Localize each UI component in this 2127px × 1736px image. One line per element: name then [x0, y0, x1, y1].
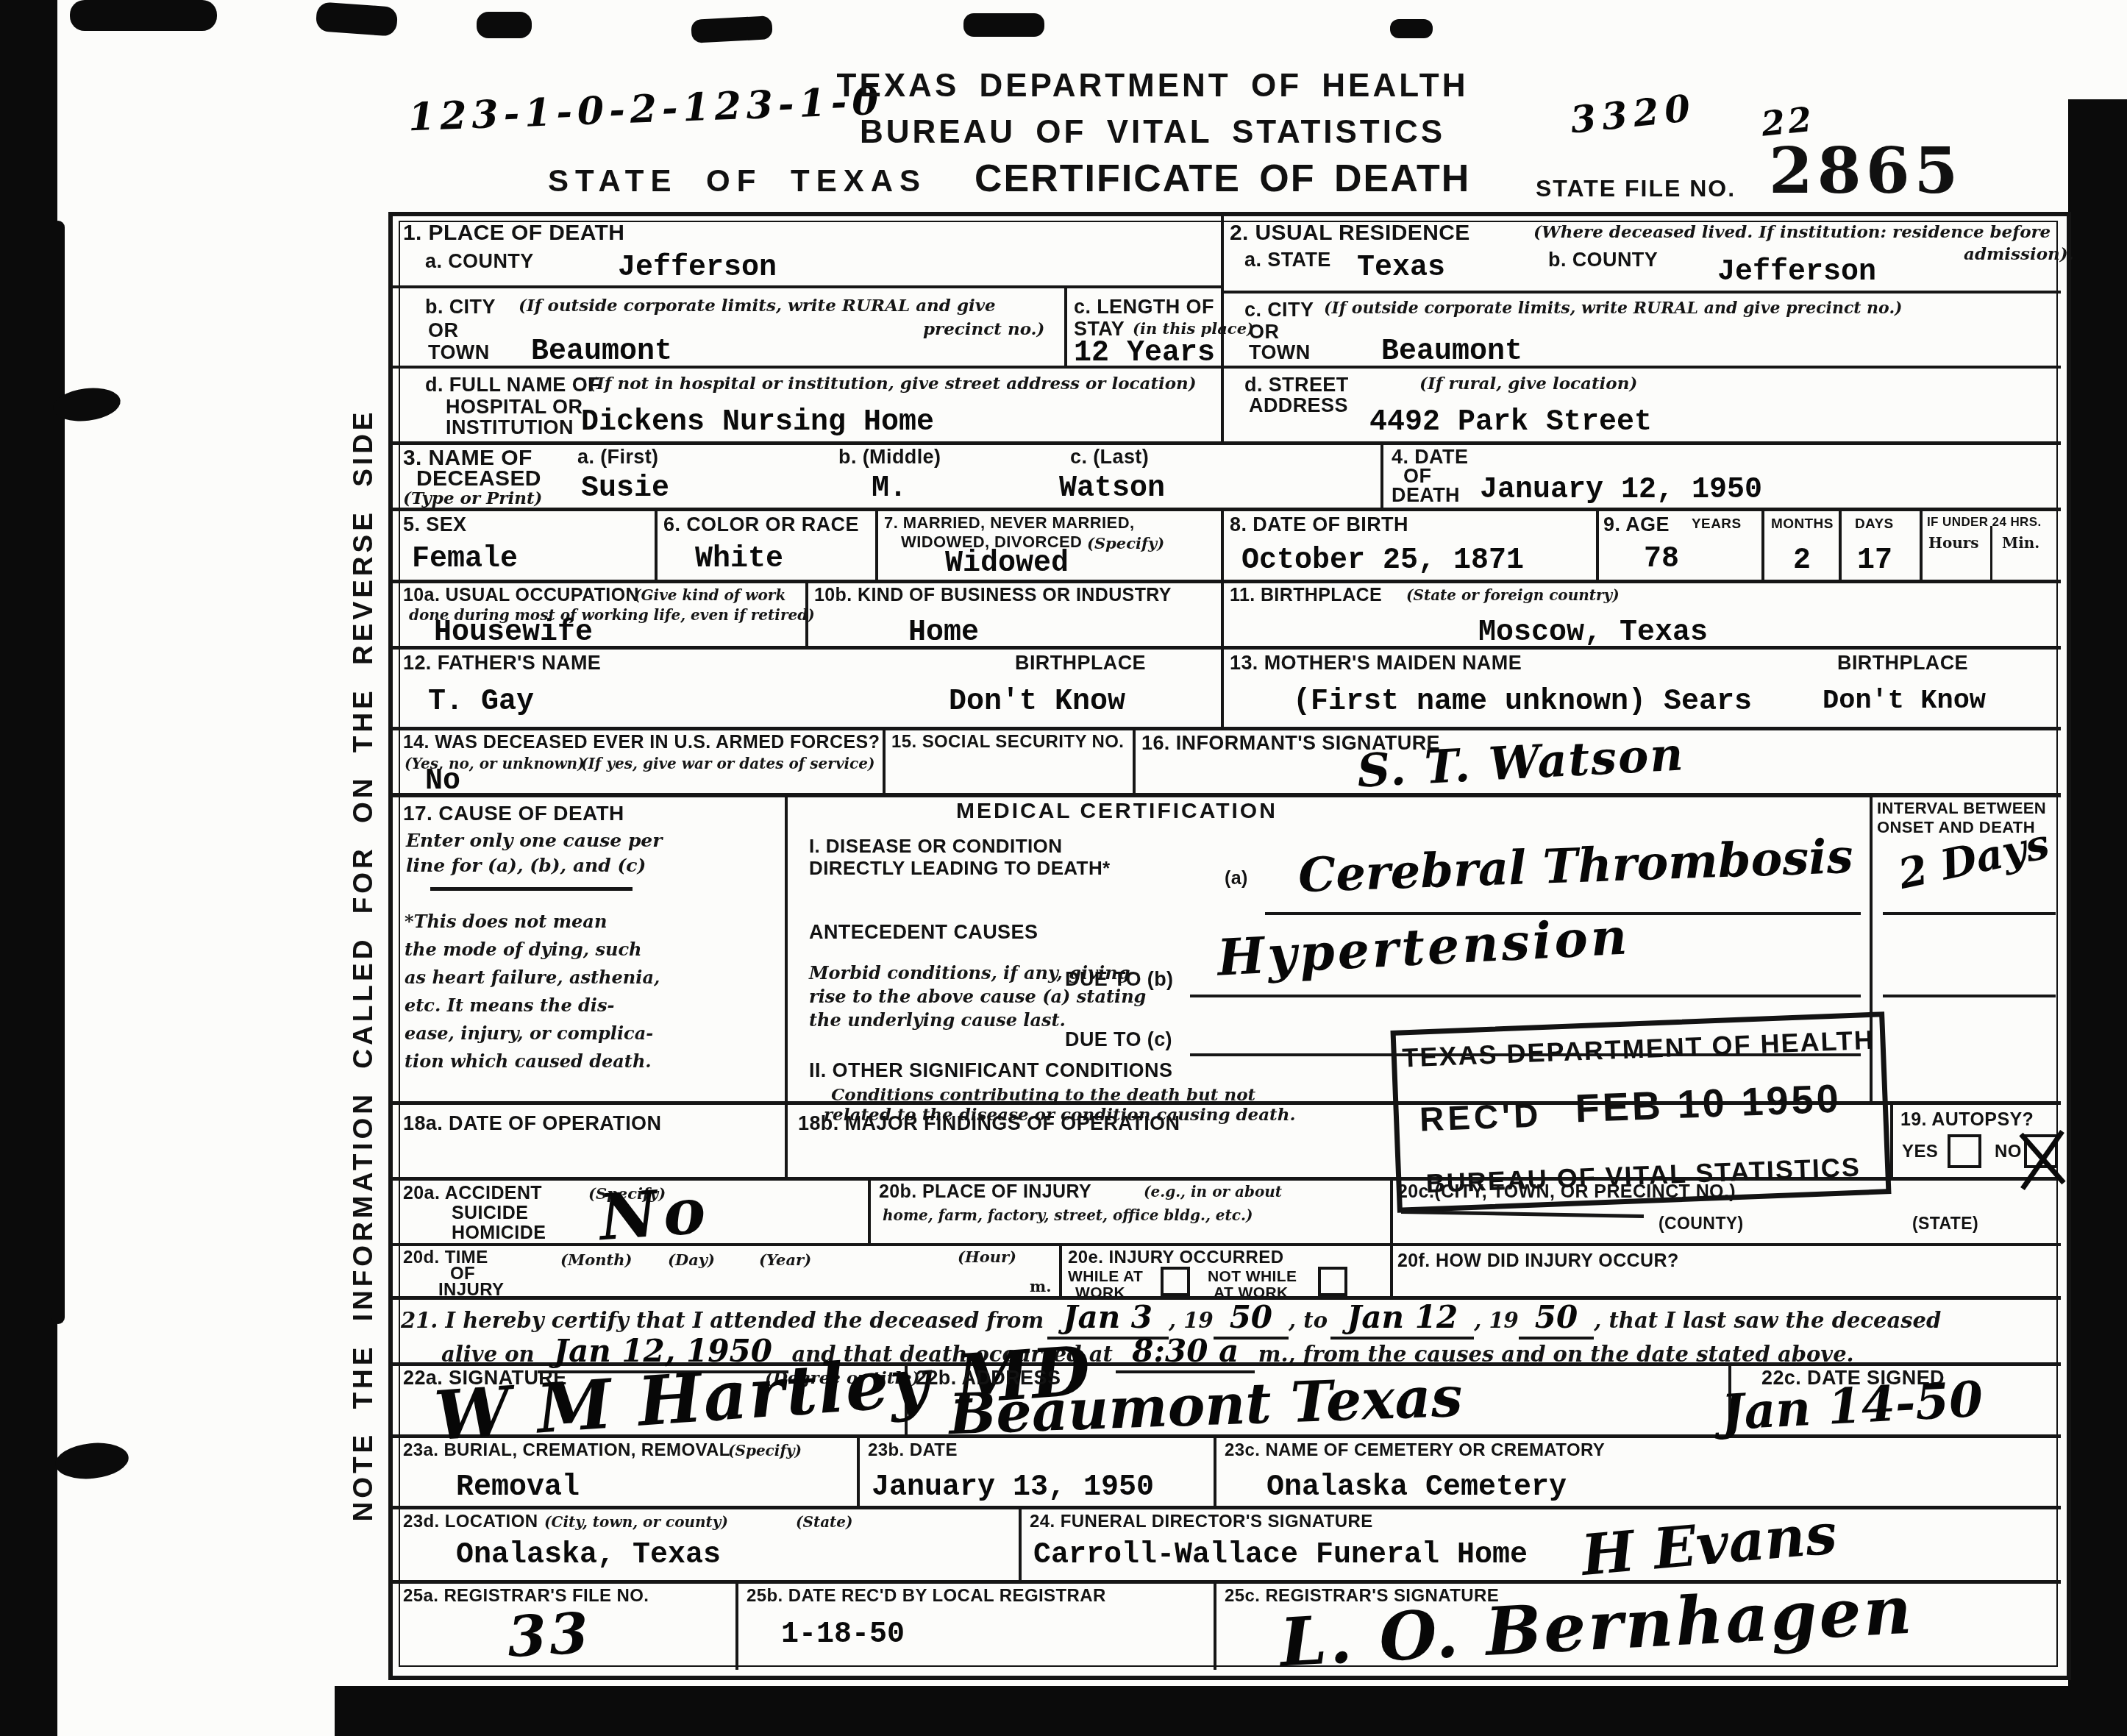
- certify-text: , 19: [1169, 1308, 1214, 1333]
- s2-street-label1: d. STREET: [1244, 374, 1349, 396]
- s1-county-value: Jefferson: [618, 252, 777, 285]
- s4-label3: DEATH: [1392, 484, 1460, 507]
- s20e-label: 20e. INJURY OCCURRED: [1068, 1248, 1283, 1268]
- header-bureau: BUREAU OF VITAL STATISTICS: [781, 114, 1524, 151]
- grid-line: [1990, 526, 1992, 580]
- grid-line: [391, 285, 1221, 288]
- s10a-note1: (Give kind of work: [634, 586, 785, 604]
- s20c-state-label: (STATE): [1912, 1214, 1978, 1234]
- s2-street-value: 4492 Park Street: [1369, 406, 1652, 439]
- scan-left-edge-rough: [51, 221, 65, 1324]
- s24-label: 24. FUNERAL DIRECTOR'S SIGNATURE: [1030, 1512, 1373, 1532]
- s13-birthplace-label: BIRTHPLACE: [1837, 652, 1968, 675]
- s18a-label: 18a. DATE OF OPERATION: [403, 1112, 661, 1135]
- s20d-label3: INJURY: [438, 1280, 505, 1301]
- grid-line: [1380, 441, 1383, 508]
- grid-line: [1596, 508, 1599, 580]
- s23a-note: (Specify): [728, 1442, 802, 1459]
- handwritten-number-1: 3320: [1568, 85, 1697, 142]
- grid-line: [391, 580, 2061, 583]
- death-certificate-scan: NOTE THE INFORMATION CALLED FOR ON THE R…: [0, 0, 2127, 1736]
- s6-label: 6. COLOR OR RACE: [663, 513, 859, 536]
- s9-under24-label: IF UNDER 24 HRS.: [1927, 515, 2042, 530]
- grid-line: [391, 727, 2061, 730]
- s2-state-label: a. STATE: [1244, 249, 1331, 271]
- s23c-value: Onalaska Cemetery: [1266, 1471, 1567, 1504]
- grid-line: [1761, 508, 1764, 580]
- s20a-label2: SUICIDE: [452, 1203, 528, 1224]
- s1-city-or: OR: [428, 319, 458, 342]
- scan-smudge: [1390, 19, 1433, 38]
- grid-line: [857, 1434, 860, 1506]
- s20e-notwhile1: NOT WHILE: [1208, 1268, 1297, 1286]
- grid-line: [391, 646, 2061, 650]
- s7-label1: 7. MARRIED, NEVER MARRIED,: [884, 513, 1134, 533]
- s17-note1b: line for (a), (b), and (c): [406, 855, 646, 876]
- s13-label: 13. MOTHER'S MAIDEN NAME: [1230, 652, 1522, 675]
- s23b-label: 23b. DATE: [868, 1440, 958, 1461]
- state-file-no-label: STATE FILE NO.: [1536, 175, 1736, 202]
- s20b-note2: home, farm, factory, street, office bldg…: [883, 1206, 1253, 1224]
- stamp-line1: TEXAS DEPARTMENT OF HEALTH: [1396, 1024, 1881, 1073]
- s1-institution-label3: INSTITUTION: [446, 416, 574, 439]
- s3-last-label: c. (Last): [1070, 446, 1149, 469]
- grid-line: [883, 727, 886, 793]
- s5-label: 5. SEX: [403, 513, 466, 536]
- s2-street-label2: ADDRESS: [1249, 394, 1348, 417]
- s9-min-label: Min.: [2002, 534, 2039, 552]
- med-b-line: [1190, 995, 1861, 997]
- med-i-label2: DIRECTLY LEADING TO DEATH*: [809, 857, 1111, 880]
- s17-note2e: ease, injury, or complica-: [405, 1022, 653, 1044]
- s7-note: (Specify): [1087, 534, 1164, 552]
- grid-line: [1390, 1177, 1393, 1243]
- s23b-value: January 13, 1950: [872, 1471, 1154, 1504]
- med-interval-line1: [1883, 912, 2056, 915]
- s13-birthplace-value: Don't Know: [1823, 686, 1986, 716]
- s2-title-note2: admission).: [1964, 244, 2074, 264]
- not-while-at-work-checkbox[interactable]: [1318, 1267, 1347, 1296]
- s20d-hour: (Hour): [958, 1248, 1016, 1266]
- s12-value: T. Gay: [428, 686, 534, 719]
- grid-line: [868, 1177, 871, 1243]
- s2-city-town: TOWN: [1249, 341, 1311, 364]
- certify-text: , to: [1289, 1308, 1328, 1333]
- s1-institution-note: (If not in hospital or institution, give…: [588, 374, 1197, 394]
- s20c-county-label: (COUNTY): [1659, 1214, 1744, 1234]
- s17-label: 17. CAUSE OF DEATH: [403, 802, 624, 825]
- certify-text: alive on: [441, 1342, 535, 1367]
- s25a-value: 33: [506, 1600, 593, 1670]
- s12-birthplace-value: Don't Know: [949, 686, 1125, 719]
- med-ii-note1: Conditions contributing to the death but…: [831, 1085, 1255, 1105]
- s9-years-value: 78: [1644, 543, 1679, 576]
- s23d-note: (City, town, or county): [544, 1513, 728, 1531]
- s3-first-value: Susie: [581, 472, 669, 505]
- s2-street-note: (If rural, give location): [1419, 374, 1637, 394]
- s8-value: October 25, 1871: [1241, 544, 1524, 577]
- s1-stay-value: 12 Years: [1074, 337, 1215, 370]
- s4-value: January 12, 1950: [1480, 474, 1762, 507]
- scan-smudge: [70, 0, 217, 31]
- s20a-label3: HOMICIDE: [452, 1223, 546, 1244]
- s1-title: 1. PLACE OF DEATH: [403, 221, 624, 246]
- grid-line: [1390, 1243, 1393, 1296]
- s23a-label: 23a. BURIAL, CREMATION, REMOVAL: [403, 1440, 730, 1461]
- s25b-label: 25b. DATE REC'D BY LOCAL REGISTRAR: [747, 1586, 1106, 1607]
- scan-smudge: [316, 1, 399, 37]
- grid-line: [1221, 291, 2061, 294]
- s3-middle-label: b. (Middle): [838, 446, 941, 469]
- s10b-label: 10b. KIND OF BUSINESS OR INDUSTRY: [814, 585, 1172, 606]
- s14-label: 14. WAS DECEASED EVER IN U.S. ARMED FORC…: [403, 732, 880, 753]
- s5-value: Female: [412, 543, 518, 576]
- s9-months-label: MONTHS: [1771, 516, 1834, 533]
- s10b-value: Home: [908, 616, 979, 650]
- s9-months-value: 2: [1793, 544, 1811, 577]
- s1-stay-label: c. LENGTH OF: [1074, 296, 1214, 319]
- certify-text: m., from the causes and on the date stat…: [1258, 1342, 1854, 1367]
- s20f-label: 20f. HOW DID INJURY OCCUR?: [1397, 1251, 1679, 1272]
- s17-note2f: tion which caused death.: [405, 1050, 652, 1072]
- s20d-day: (Day): [668, 1251, 715, 1269]
- s14-note2: (If yes, give war or dates of service): [581, 755, 874, 772]
- s2-title-note1: (Where deceased lived. If institution: r…: [1533, 222, 2051, 242]
- scan-smudge: [963, 13, 1044, 37]
- scan-smudge: [691, 15, 773, 43]
- s17-rule: [430, 887, 633, 891]
- med-a-tag: (a): [1225, 868, 1248, 889]
- s9-days-value: 17: [1857, 544, 1892, 577]
- s10a-label: 10a. USUAL OCCUPATION: [403, 585, 639, 606]
- header-department: TEXAS DEPARTMENT OF HEALTH: [781, 68, 1524, 104]
- grid-line: [875, 508, 878, 580]
- med-due-b: DUE TO (b): [1065, 968, 1174, 991]
- s20a-label1: 20a. ACCIDENT: [403, 1183, 542, 1204]
- grid-line: [1920, 508, 1923, 580]
- certificate-title: CERTIFICATE OF DEATH: [975, 157, 1470, 201]
- med-ii-label: II. OTHER SIGNIFICANT CONDITIONS: [809, 1059, 1172, 1082]
- state-file-no-value: 2865: [1769, 134, 1962, 208]
- med-i-label1: I. DISEASE OR CONDITION: [809, 835, 1062, 858]
- scan-bottom-edge: [335, 1686, 2127, 1736]
- s1-city-value: Beaumont: [531, 335, 672, 369]
- s3-first-label: a. (First): [577, 446, 659, 469]
- s15-label: 15. SOCIAL SECURITY NO.: [891, 732, 1124, 753]
- s3-last-value: Watson: [1059, 472, 1165, 505]
- s2-state-value: Texas: [1357, 252, 1445, 285]
- s20d-label1: 20d. TIME: [403, 1248, 488, 1268]
- grid-line: [1064, 285, 1067, 366]
- s23d-label: 23d. LOCATION: [403, 1512, 538, 1532]
- s12-label: 12. FATHER'S NAME: [403, 652, 601, 675]
- s9-label: 9. AGE: [1603, 513, 1670, 536]
- s14-value: No: [425, 765, 460, 798]
- grid-line: [1221, 508, 1224, 727]
- med-antecedent: ANTECEDENT CAUSES: [809, 921, 1038, 944]
- certify-text: , that I last saw the deceased: [1594, 1308, 1941, 1333]
- grid-line: [1839, 508, 1842, 580]
- s17-note2b: the mode of dying, such: [405, 939, 641, 960]
- s13-value: (First name unknown) Sears: [1293, 686, 1752, 719]
- s20c-label: 20c.(CITY, TOWN, OR PRECINCT NO.): [1397, 1181, 1736, 1203]
- stamp-date: FEB 10 1950: [1575, 1076, 1842, 1132]
- header-state-of-texas: STATE OF TEXAS: [548, 163, 927, 199]
- s3-middle-value: M.: [872, 472, 907, 505]
- certify-death-time: 8:30 a: [1116, 1333, 1255, 1373]
- grid-line: [391, 508, 2061, 511]
- s20a-value: No: [597, 1173, 714, 1255]
- s1-institution-label2: HOSPITAL OR: [446, 396, 582, 419]
- stamp-recd: REC'D: [1419, 1095, 1542, 1139]
- autopsy-yes-checkbox[interactable]: [1948, 1134, 1981, 1168]
- s24-value: Carroll-Wallace Funeral Home: [1033, 1539, 1528, 1572]
- grid-line: [391, 793, 2061, 797]
- s20e-while1: WHILE AT: [1068, 1268, 1143, 1286]
- s11-note: (State or foreign country): [1406, 586, 1620, 604]
- grid-line: [1890, 1101, 1893, 1177]
- s19-yes-label: YES: [1902, 1142, 1938, 1162]
- grid-line: [1214, 1434, 1216, 1506]
- punch-hole-bottom: [54, 1440, 130, 1482]
- s9-years-label: YEARS: [1692, 516, 1741, 533]
- s9-days-label: DAYS: [1855, 516, 1894, 533]
- scan-left-edge: [0, 0, 57, 1736]
- s23d-value: Onalaska, Texas: [456, 1539, 721, 1572]
- med-due-c: DUE TO (c): [1065, 1028, 1172, 1051]
- med-title: MEDICAL CERTIFICATION: [956, 799, 1278, 824]
- med-morbid3: the underlying cause last.: [809, 1009, 1066, 1031]
- grid-line: [391, 441, 2061, 445]
- s20d-month: (Month): [560, 1251, 632, 1269]
- s23a-value: Removal: [456, 1471, 580, 1504]
- s17-note2a: *This does not mean: [405, 911, 607, 932]
- s1-institution-value: Dickens Nursing Home: [581, 406, 934, 439]
- grid-line: [785, 793, 788, 1177]
- s1-city-note1: (If outside corporate limits, write RURA…: [519, 296, 996, 316]
- s1-institution-label1: d. FULL NAME OF: [425, 374, 600, 396]
- s2-title: 2. USUAL RESIDENCE: [1230, 221, 1470, 246]
- s6-value: White: [695, 543, 783, 576]
- s2-city-value: Beaumont: [1381, 335, 1522, 369]
- s1-city-town: TOWN: [428, 341, 490, 364]
- s1-city-label: b. CITY: [425, 296, 496, 319]
- scan-right-edge: [2068, 99, 2127, 1736]
- grid-line: [1214, 1580, 1216, 1670]
- s1-city-note2: precinct no.): [923, 319, 1044, 339]
- grid-line: [655, 508, 658, 580]
- s2-county-value: Jefferson: [1717, 256, 1876, 289]
- certify-line-1: 21. I hereby certify that I attended the…: [401, 1299, 1941, 1335]
- s25b-value: 1-18-50: [781, 1618, 905, 1651]
- s17-note2c: as heart failure, asthenia,: [405, 967, 660, 988]
- s2-city-note: (If outside corporate limits, write RURA…: [1324, 299, 1902, 318]
- s9-hours-label: Hours: [1928, 534, 1979, 552]
- s23c-label: 23c. NAME OF CEMETERY OR CREMATORY: [1225, 1440, 1605, 1461]
- med-interval-label1: INTERVAL BETWEEN: [1877, 799, 2046, 818]
- s3-label2: DECEASED: [416, 466, 541, 491]
- s20d-m: m.: [1030, 1277, 1052, 1295]
- s1-county-label: a. COUNTY: [425, 250, 534, 273]
- s17-note1a: Enter only one cause per: [406, 830, 662, 851]
- grid-line: [1133, 727, 1136, 793]
- s20b-note1: (e.g., in or about: [1144, 1183, 1282, 1200]
- s2-county-label: b. COUNTY: [1548, 249, 1658, 271]
- s23d-state-note: (State): [796, 1513, 853, 1531]
- med-interval-line2: [1883, 995, 2056, 997]
- autopsy-no-x-mark: [2012, 1124, 2071, 1192]
- grid-line: [735, 1580, 738, 1670]
- s17-note2d: etc. It means the dis-: [405, 995, 614, 1016]
- s7-value: Widowed: [945, 547, 1069, 580]
- s11-label: 11. BIRTHPLACE: [1230, 585, 1382, 606]
- scan-smudge: [477, 12, 532, 38]
- s1-stay-note: (in this place): [1133, 319, 1254, 338]
- s20d-year: (Year): [759, 1251, 811, 1269]
- s2-city-label: c. CITY: [1244, 299, 1314, 321]
- grid-line: [1019, 1506, 1022, 1580]
- s3-note: (Type or Print): [403, 488, 542, 508]
- grid-line: [1059, 1243, 1062, 1296]
- certify-text: 21. I hereby certify that I attended the…: [401, 1308, 1044, 1333]
- s8-label: 8. DATE OF BIRTH: [1230, 513, 1408, 536]
- s10a-value: Housewife: [434, 616, 593, 650]
- s12-birthplace-label: BIRTHPLACE: [1015, 652, 1146, 675]
- while-at-work-checkbox[interactable]: [1161, 1267, 1190, 1296]
- s18b-label: 18b. MAJOR FINDINGS OF OPERATION: [798, 1112, 1180, 1135]
- certify-text: , 19: [1474, 1308, 1519, 1333]
- s2-city-or: OR: [1249, 321, 1279, 344]
- s20b-label: 20b. PLACE OF INJURY: [879, 1181, 1091, 1203]
- s11-value: Moscow, Texas: [1478, 616, 1708, 650]
